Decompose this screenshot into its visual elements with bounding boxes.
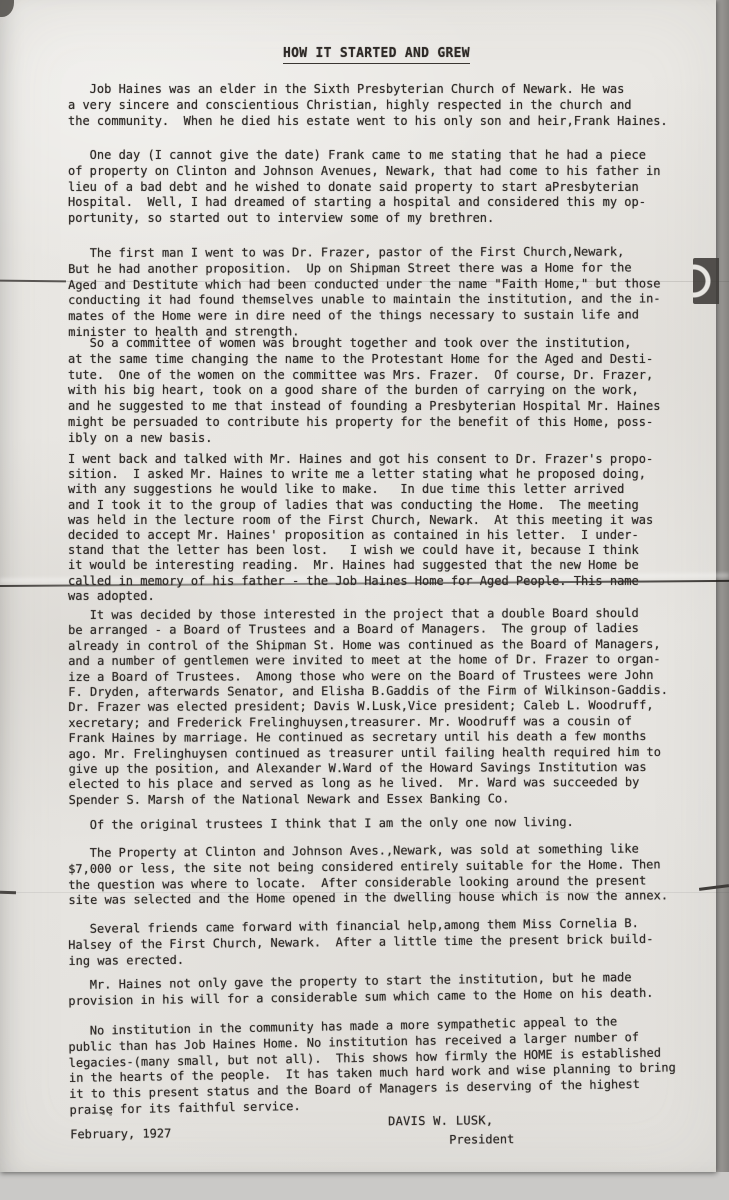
paragraph-financial-help: Several friends came forward with financ… bbox=[68, 916, 654, 970]
paper-tear-right-edge bbox=[693, 258, 719, 304]
signature-block: February, 1927 DAVIS W. LUSK, President bbox=[0, 1109, 700, 1166]
scanned-document-photo: HOW IT STARTED AND GREW Job Haines was a… bbox=[0, 0, 729, 1200]
signature-title: President bbox=[449, 1132, 514, 1147]
paragraph-committee-of-women: So a committee of women was brought toge… bbox=[68, 336, 660, 447]
paragraph-double-board: It was decided by those interested in th… bbox=[68, 606, 668, 808]
paragraph-intro-job-haines: Job Haines was an elder in the Sixth Pre… bbox=[68, 82, 668, 129]
signature-name: DAVIS W. LUSK, bbox=[388, 1113, 493, 1128]
paragraph-property-offer: One day (I cannot give the date) Frank c… bbox=[68, 148, 660, 227]
scan-background-right-edge bbox=[715, 0, 729, 1200]
scan-background-bottom-edge bbox=[0, 1172, 729, 1200]
paragraph-property-sold: The Property at Clinton and Johnson Aves… bbox=[68, 841, 668, 909]
paragraph-original-trustees: Of the original trustees I think that I … bbox=[68, 815, 574, 834]
document-title: HOW IT STARTED AND GREW bbox=[283, 46, 470, 64]
paragraph-closing-appeal: No institution in the community has made… bbox=[68, 1013, 676, 1118]
paragraph-dr-frazer: The first man I went to was Dr. Frazer, … bbox=[68, 244, 661, 340]
document-date: February, 1927 bbox=[70, 1126, 171, 1141]
paragraph-haines-letter: I went back and talked with Mr. Haines a… bbox=[68, 452, 653, 604]
